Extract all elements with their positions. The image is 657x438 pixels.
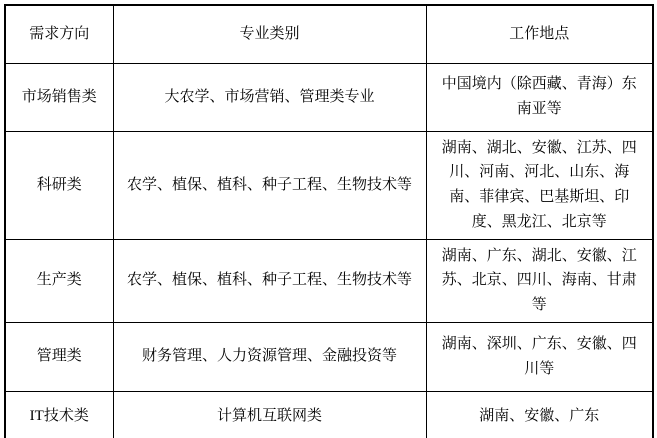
cell-direction: 科研类: [5, 131, 113, 239]
cell-locations: 中国境内（除西藏、青海）东南亚等: [426, 63, 653, 131]
recruitment-table: 需求方向 专业类别 工作地点 市场销售类 大农学、市场营销、管理类专业 中国境内…: [4, 4, 654, 438]
column-header-majors: 专业类别: [113, 5, 426, 63]
table-row-production: 生产类 农学、植保、植科、种子工程、生物技术等 湖南、广东、湖北、安徽、江苏、北…: [5, 239, 653, 322]
page: 需求方向 专业类别 工作地点 市场销售类 大农学、市场营销、管理类专业 中国境内…: [0, 0, 657, 438]
cell-direction: 市场销售类: [5, 63, 113, 131]
table-row-it-tech: IT技术类 计算机互联网类 湖南、安徽、广东: [5, 391, 653, 438]
cell-locations: 湖南、湖北、安徽、江苏、四川、河南、河北、山东、海南、菲律宾、巴基斯坦、印度、黑…: [426, 131, 653, 239]
cell-locations: 湖南、广东、湖北、安徽、江苏、北京、四川、海南、甘肃等: [426, 239, 653, 322]
table-header-row: 需求方向 专业类别 工作地点: [5, 5, 653, 63]
cell-majors: 农学、植保、植科、种子工程、生物技术等: [113, 131, 426, 239]
cell-majors: 财务管理、人力资源管理、金融投资等: [113, 322, 426, 391]
column-header-locations: 工作地点: [426, 5, 653, 63]
cell-majors: 大农学、市场营销、管理类专业: [113, 63, 426, 131]
cell-majors: 农学、植保、植科、种子工程、生物技术等: [113, 239, 426, 322]
table-row-management: 管理类 财务管理、人力资源管理、金融投资等 湖南、深圳、广东、安徽、四川等: [5, 322, 653, 391]
cell-direction: IT技术类: [5, 391, 113, 438]
column-header-direction: 需求方向: [5, 5, 113, 63]
table-row-marketing-sales: 市场销售类 大农学、市场营销、管理类专业 中国境内（除西藏、青海）东南亚等: [5, 63, 653, 131]
table-row-research: 科研类 农学、植保、植科、种子工程、生物技术等 湖南、湖北、安徽、江苏、四川、河…: [5, 131, 653, 239]
cell-locations: 湖南、安徽、广东: [426, 391, 653, 438]
cell-majors: 计算机互联网类: [113, 391, 426, 438]
cell-locations: 湖南、深圳、广东、安徽、四川等: [426, 322, 653, 391]
cell-direction: 生产类: [5, 239, 113, 322]
cell-direction: 管理类: [5, 322, 113, 391]
